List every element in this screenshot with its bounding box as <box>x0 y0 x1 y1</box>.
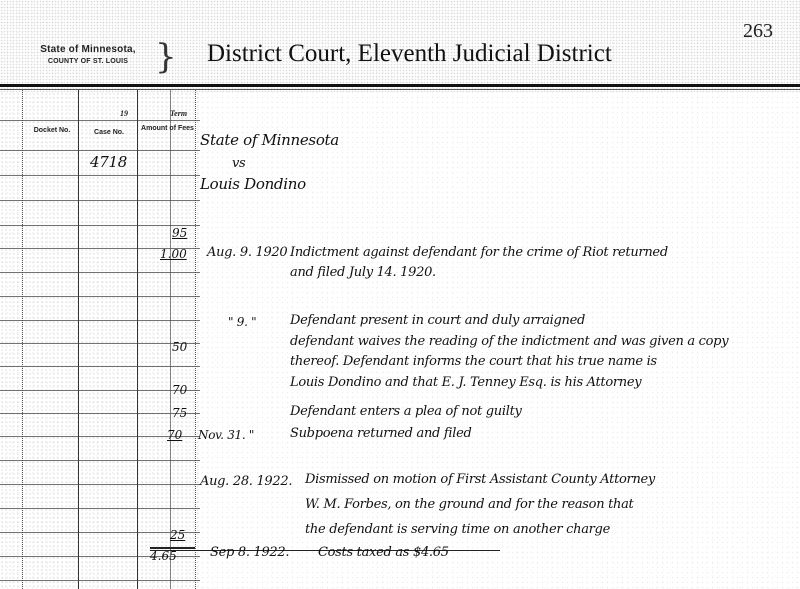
entry-date: " 9. " <box>228 315 256 329</box>
entry-date: Aug. 9. 1920 <box>207 245 287 260</box>
fees-cents-divider <box>170 90 171 589</box>
entry-date: Aug. 28. 1922. <box>200 474 292 489</box>
case-fees-divider <box>137 90 138 589</box>
state-county-label: State of Minnesota, COUNTY OF ST. LOUIS <box>18 44 158 65</box>
fee-amount: 50 <box>172 340 187 354</box>
entry-date: Nov. 31. " <box>198 428 254 442</box>
brace-glyph: } <box>155 42 177 72</box>
case-number: 4718 <box>90 153 127 171</box>
ledger-row-line <box>0 366 200 367</box>
ledger-row-line <box>0 225 200 226</box>
entry-text-line: Indictment against defendant for the cri… <box>290 245 668 260</box>
ledger-row-line <box>0 175 200 176</box>
state-label: State of Minnesota, <box>40 44 135 55</box>
county-label: COUNTY OF ST. LOUIS <box>18 58 158 65</box>
ledger-row-line <box>0 296 200 297</box>
term-label: Term <box>170 109 187 118</box>
ledger-row-line <box>0 272 200 273</box>
entry-text-line: defendant waives the reading of the indi… <box>290 334 728 349</box>
entry-text-line: W. M. Forbes, on the ground and for the … <box>305 497 633 512</box>
ledger-row-line <box>0 150 200 151</box>
entry-text-line: Defendant present in court and duly arra… <box>290 313 585 328</box>
fee-amount: 95 <box>172 226 187 240</box>
ledger-row-line <box>0 460 200 461</box>
entry-text-line: and filed July 14. 1920. <box>290 265 436 280</box>
plaintiff-name: State of Minnesota <box>200 131 339 149</box>
entry-text-line: Subpoena returned and filed <box>290 426 472 441</box>
entry-text-line: Dismissed on motion of First Assistant C… <box>305 472 655 487</box>
ledger-margin-line <box>22 90 24 589</box>
defendant-name: Louis Dondino <box>200 175 306 193</box>
court-title: District Court, Eleventh Judicial Distri… <box>207 40 612 68</box>
versus-label: vs <box>232 156 245 171</box>
ledger-row-line <box>0 390 200 391</box>
entry-text-line: the defendant is serving time on another… <box>305 522 610 537</box>
ledger-row-line <box>0 343 200 344</box>
case-no-header: Case No. <box>84 129 134 137</box>
ledger-row-line <box>0 484 200 485</box>
entry-text-line: Defendant enters a plea of not guilty <box>290 404 522 419</box>
docket-no-header: Docket No. <box>30 127 74 135</box>
ledger-row-line <box>0 200 200 201</box>
year-label: 19 <box>120 109 128 118</box>
fee-amount: 25 <box>170 528 185 542</box>
fee-total: 4.65 <box>150 549 177 563</box>
fee-amount: 70 <box>167 428 182 442</box>
ledger-row-line <box>0 120 200 121</box>
header-rule-bottom <box>0 89 800 90</box>
header-rule-top <box>0 84 800 87</box>
fee-amount: 1.00 <box>160 247 187 261</box>
ledger-row-line <box>0 320 200 321</box>
ledger-row-line <box>0 413 200 414</box>
entry-text-line: Louis Dondino and that E. J. Tenney Esq.… <box>290 375 641 390</box>
docket-case-divider <box>78 90 79 589</box>
entry-text-line: thereof. Defendant informs the court tha… <box>290 354 657 369</box>
fee-amount: 75 <box>172 406 187 420</box>
fee-amount: 70 <box>172 383 187 397</box>
amount-of-fees-header: Amount of Fees <box>140 125 195 133</box>
entry-text-line: Costs taxed as $4.65 <box>318 545 449 560</box>
entry-date: Sep 8. 1922. <box>210 545 289 560</box>
fees-right-border <box>195 90 197 589</box>
ledger-row-line <box>0 580 200 581</box>
page-number: 263 <box>743 20 773 43</box>
ledger-row-line <box>0 508 200 509</box>
